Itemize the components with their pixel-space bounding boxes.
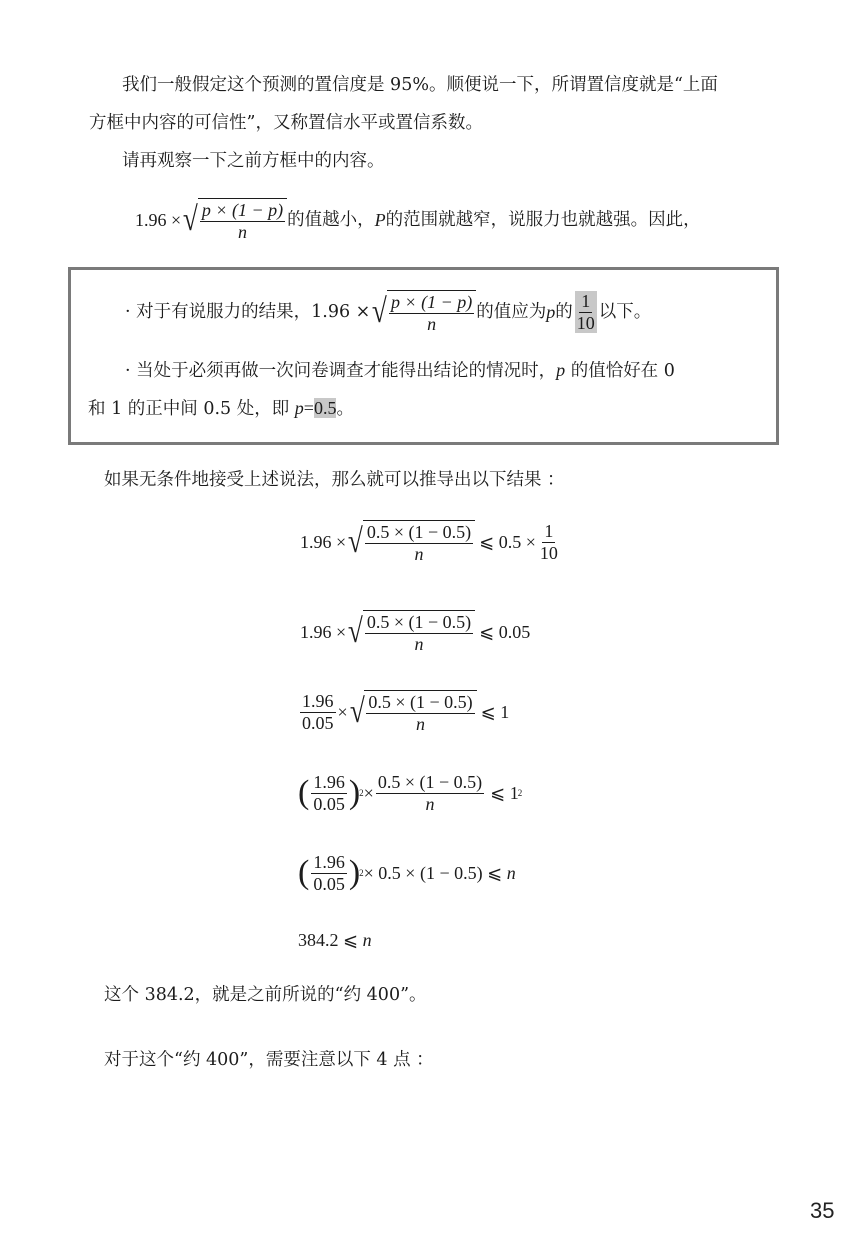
radical-sign-icon: √ [183,203,198,237]
radical-sign-icon: √ [372,295,387,329]
paragraph-observe-box: 请再观察一下之前方框中的内容。 [122,146,385,176]
paragraph-confidence-line1: 我们一般假定这个预测的置信度是 95%。顺便说一下，所谓置信度就是“上面 [122,70,718,100]
paragraph-four-points: 对于这个“约 400”，需要注意以下 4 点 ： [104,1045,434,1075]
equation-1: 1.96 × √0.5 × (1 − 0.5)n ⩽ 0.5 × 110 [300,520,562,564]
equation-3: 1.960.05 × √0.5 × (1 − 0.5)n ⩽ 1 [298,690,509,734]
radical-sign-icon: √ [348,615,363,649]
paragraph-formula-narrowness: 1.96 × √ p × (1 − p) n 的值越小， P 的范围就越窄，说服… [135,198,701,242]
sqrt-expression: √ p × (1 − p) n [370,290,476,334]
derivation-intro: 如果无条件地接受上述说法，那么就可以推导出以下结果 ： [104,465,565,495]
highlighted-value: 0.5 [314,398,337,418]
sqrt-expression: √ p × (1 − p) n [181,198,287,242]
page-number: 35 [810,1198,834,1224]
box-bullet-2-line1: · 当处于必须再做一次问卷调查才能得出结论的情况时，p 的值恰好在 0 [125,355,675,386]
radical-sign-icon: √ [348,525,363,559]
fraction: p × (1 − p) n [200,200,285,242]
box-bullet-2-line2: 和 1 的正中间 0.5 处，即 p=0.5。 [88,393,354,424]
formula-suffix-a: 的值越小， [287,205,375,235]
formula-prefix: 1.96 × [135,205,181,235]
radical-sign-icon: √ [350,695,365,729]
fraction: p × (1 − p) n [389,292,474,334]
equation-6-result: 384.2 ⩽ n [298,930,372,951]
equation-5: ( 1.960.05 ) 2 × 0.5 × (1 − 0.5) ⩽ n [298,852,516,894]
equation-2: 1.96 × √0.5 × (1 − 0.5)n ⩽ 0.05 [300,610,530,654]
box-bullet-1: · 对于有说服力的结果，1.96 × √ p × (1 − p) n 的值应为 … [125,290,651,334]
paragraph-confidence-line2: 方框中内容的可信性”，又称置信水平或置信系数。 [89,108,483,138]
paragraph-about-400: 这个 384.2，就是之前所说的“约 400”。 [104,980,427,1010]
variable-P: P [375,205,386,235]
equation-4: ( 1.960.05 ) 2 × 0.5 × (1 − 0.5)n ⩽ 1 2 [298,772,522,814]
formula-suffix-b: 的范围就越窄，说服力也就越强。因此， [386,205,701,235]
highlighted-fraction-one-tenth: 1 10 [575,291,597,333]
